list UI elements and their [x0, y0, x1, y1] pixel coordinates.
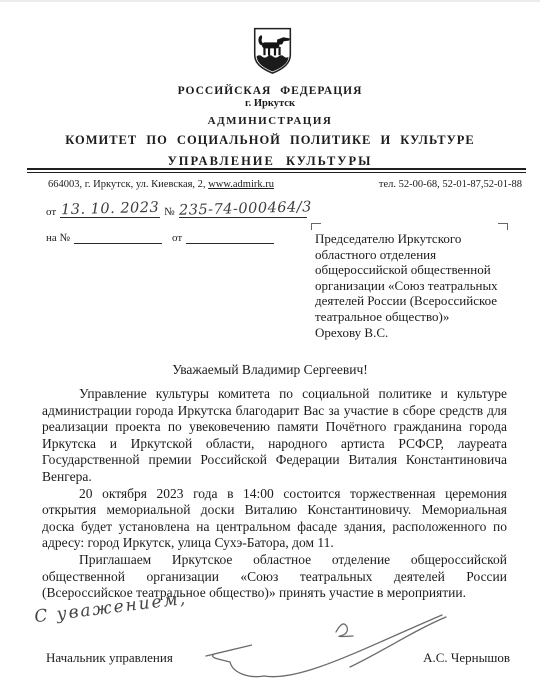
outgoing-date-field: 13. 10. 2023 [60, 201, 160, 218]
reply-no-label: на № [46, 232, 74, 244]
addressee-line: Председателю Иркутского [315, 231, 515, 247]
reply-reference-row: на № от [46, 224, 307, 244]
website-link: www.admirk.ru [208, 179, 274, 190]
addressee-name: Орехову В.С. [315, 325, 515, 341]
body-paragraph: 20 октября 2023 года в 14:00 состоится т… [42, 486, 507, 552]
from-label: от [46, 206, 60, 218]
signer-position: Начальник управления [46, 650, 173, 666]
irkutsk-coat-of-arms-icon [252, 26, 294, 81]
addressee-block: Председателю Иркутского областного отдел… [315, 231, 515, 340]
outgoing-number-field: 235-74-000464/3 [179, 201, 307, 218]
letterhead-committee: КОМИТЕТ ПО СОЦИАЛЬНОЙ ПОЛИТИКЕ И КУЛЬТУР… [0, 133, 540, 148]
phone-numbers: тел. 52-00-68, 52-01-87,52-01-88 [379, 179, 522, 190]
addressee-line: организации «Союз театральных [315, 278, 515, 294]
scanned-letter-page: РОССИЙСКАЯ ФЕДЕРАЦИЯ г. Иркутск АДМИНИСТ… [0, 0, 540, 687]
body-paragraph: Приглашаем Иркутское областное отделение… [42, 552, 507, 602]
addressee-corner-mark-left [311, 223, 321, 230]
number-label: № [160, 206, 179, 218]
signature-flourish [200, 612, 450, 687]
reply-from-label: от [172, 232, 186, 244]
addressee-line: общероссийской общественной [315, 262, 515, 278]
handwritten-number: 235-74-000464/3 [178, 199, 311, 218]
contact-row: 664003, г. Иркутск, ул. Киевская, 2, www… [48, 179, 522, 190]
addressee-corner-mark-right [498, 223, 508, 230]
postal-address: 664003, г. Иркутск, ул. Киевская, 2, www… [48, 179, 274, 190]
body-paragraph: Управление культуры комитета по социальн… [42, 386, 507, 486]
address-text: 664003, г. Иркутск, ул. Киевская, 2, [48, 179, 208, 190]
handwritten-date: 13. 10. 2023 [61, 200, 160, 219]
addressee-line: областного отделения [315, 247, 515, 263]
reply-number-field [74, 243, 162, 244]
addressee-line: театральное общество)» [315, 309, 515, 325]
letter-body: Управление культуры комитета по социальн… [42, 386, 507, 602]
reference-block: от 13. 10. 2023 № 235-74-000464/3 на № о… [46, 198, 307, 244]
letterhead-city: г. Иркутск [0, 98, 540, 109]
salutation: Уважаемый Владимир Сергеевич! [0, 362, 540, 378]
letterhead-department: УПРАВЛЕНИЕ КУЛЬТУРЫ [0, 154, 540, 169]
letterhead-country: РОССИЙСКАЯ ФЕДЕРАЦИЯ [0, 85, 540, 97]
outgoing-reference-row: от 13. 10. 2023 № 235-74-000464/3 [46, 198, 307, 218]
addressee-line: деятелей России (Всероссийское [315, 293, 515, 309]
letterhead-administration: АДМИНИСТРАЦИЯ [0, 115, 540, 127]
letterhead-divider [27, 168, 526, 173]
reply-date-field [186, 243, 274, 244]
